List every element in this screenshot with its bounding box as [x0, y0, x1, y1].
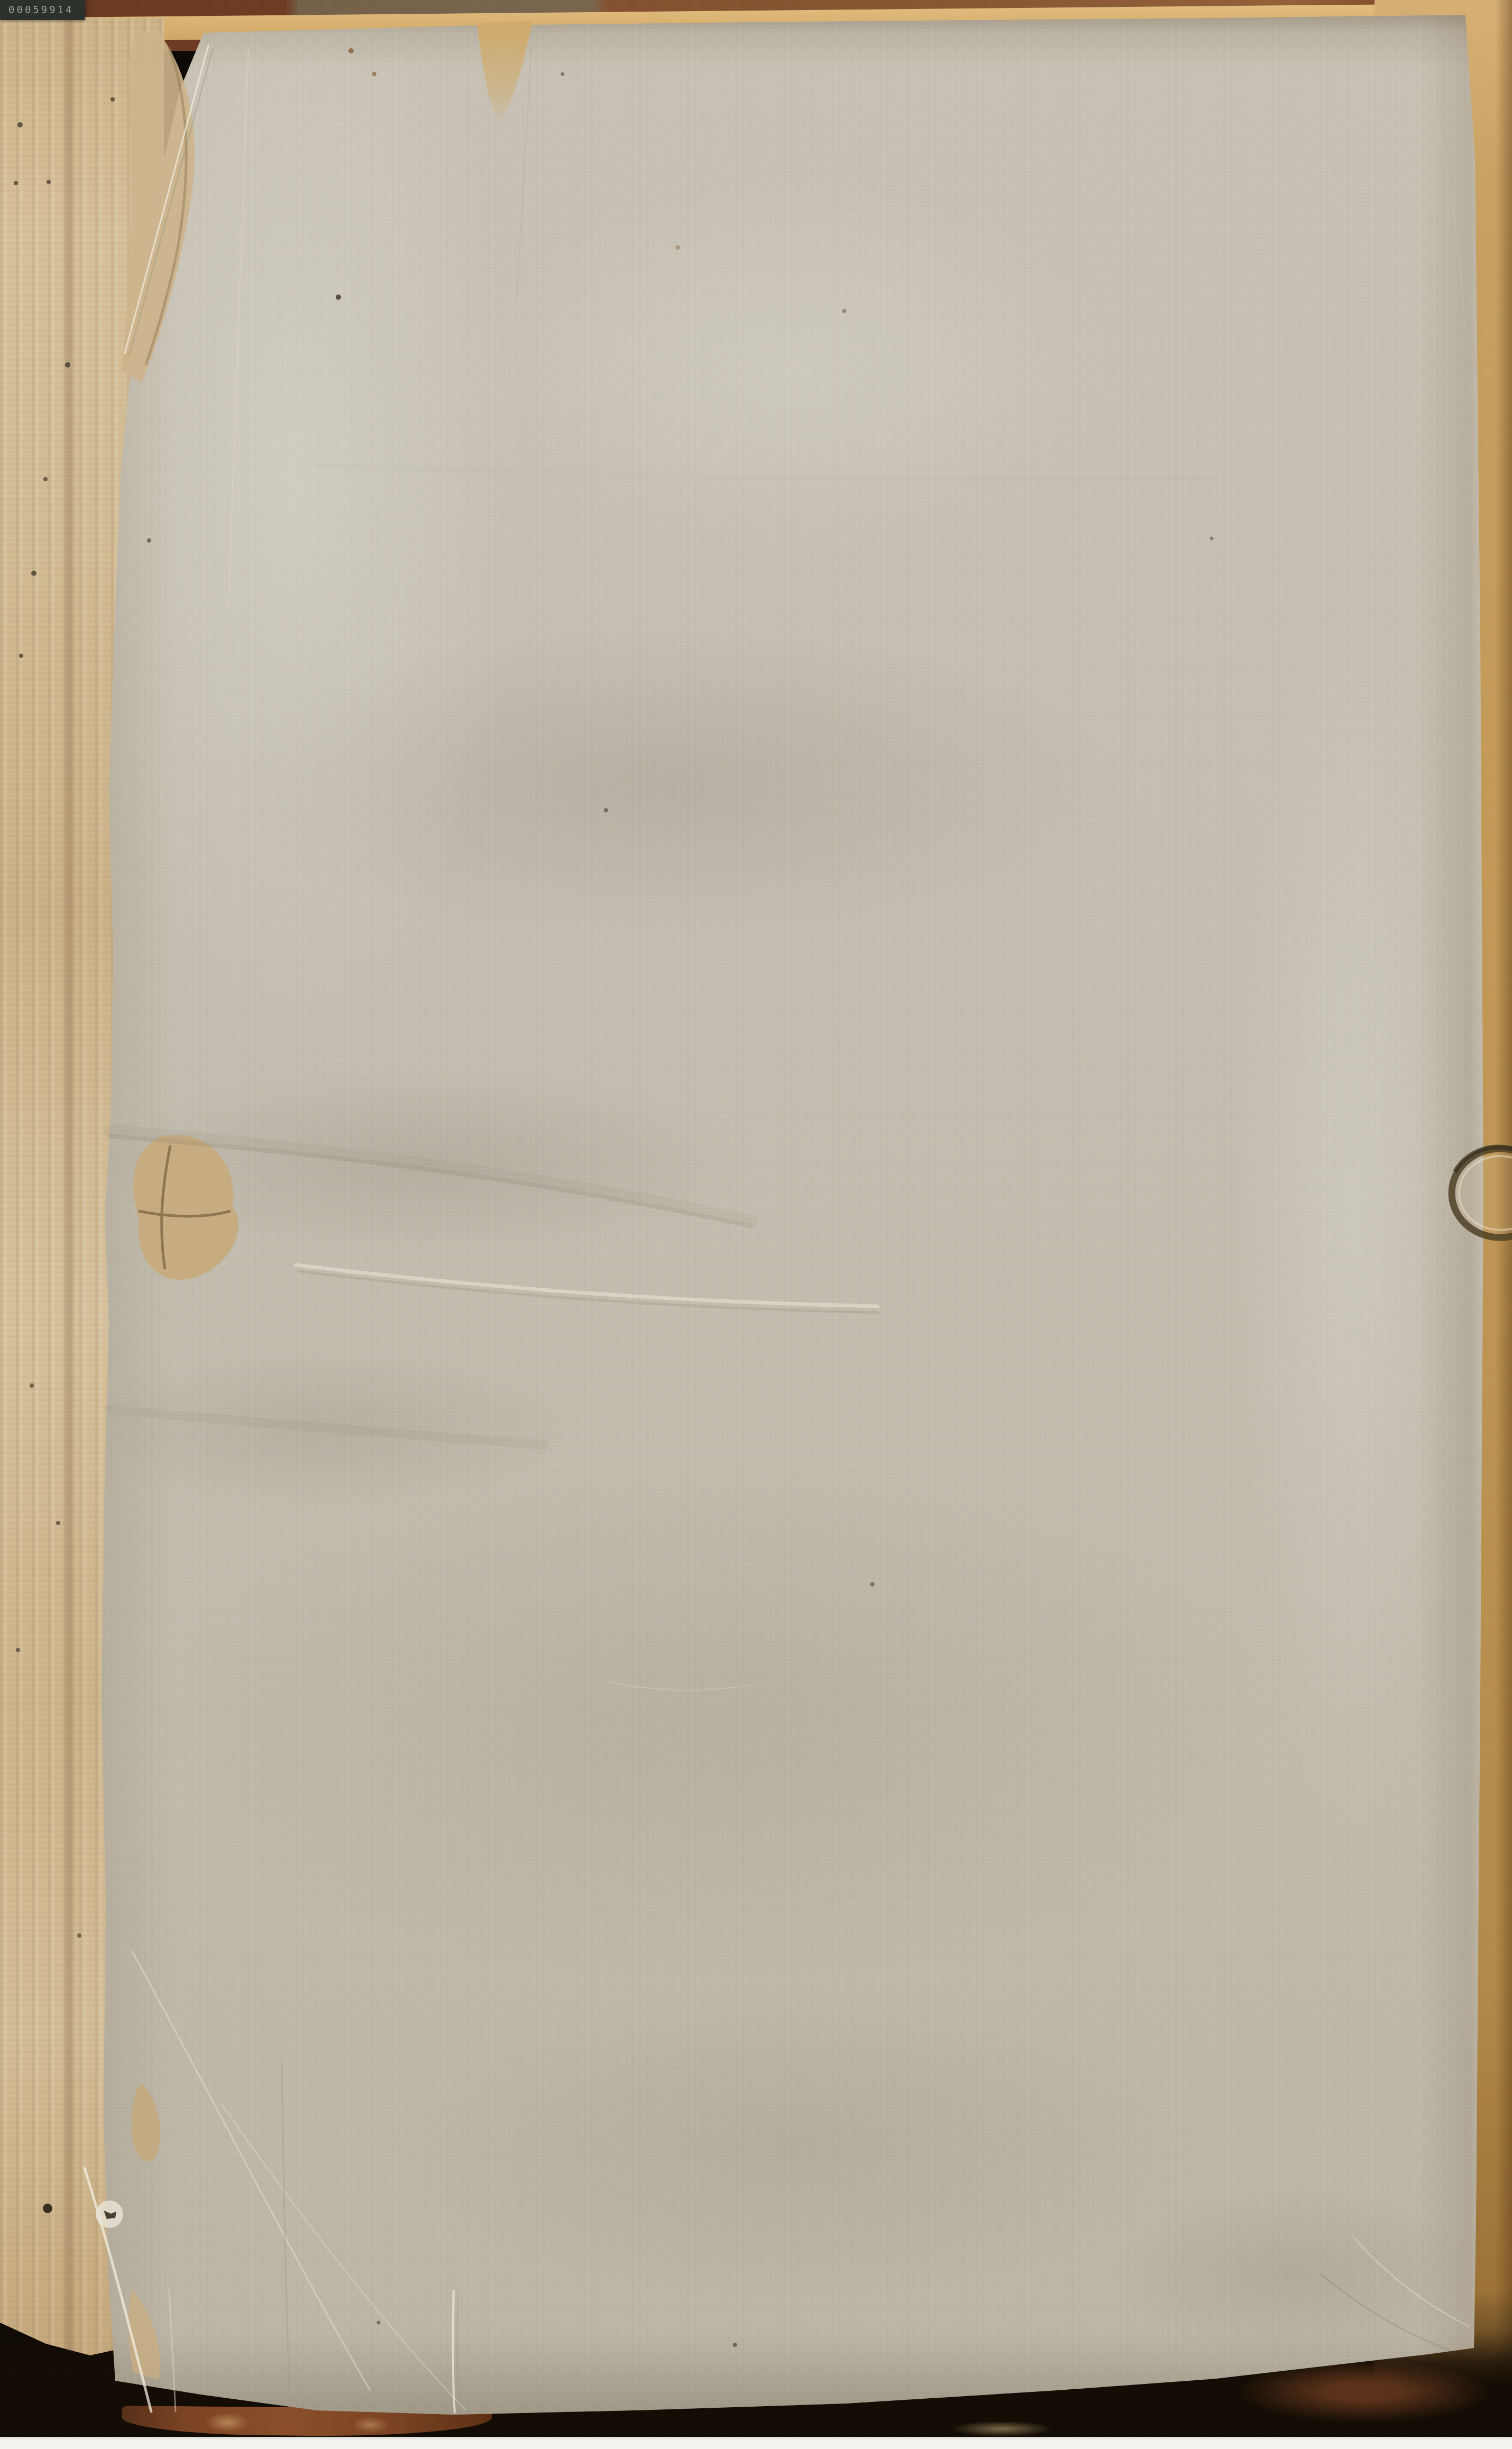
- paper-creases: [85, 37, 1470, 2413]
- paper-detail-overlay: [0, 0, 1512, 2449]
- scanner-bed-strip: [0, 2437, 1512, 2449]
- book-page-scan: 00059914: [0, 0, 1512, 2449]
- binding-seam-damage: [122, 32, 238, 2380]
- top-stain-wedge: [477, 21, 533, 127]
- damage-spot: [96, 2200, 123, 2228]
- page-holder-ring: [1452, 1147, 1512, 1237]
- scan-id-label: 00059914: [0, 0, 85, 20]
- scan-id-text: 00059914: [0, 4, 74, 16]
